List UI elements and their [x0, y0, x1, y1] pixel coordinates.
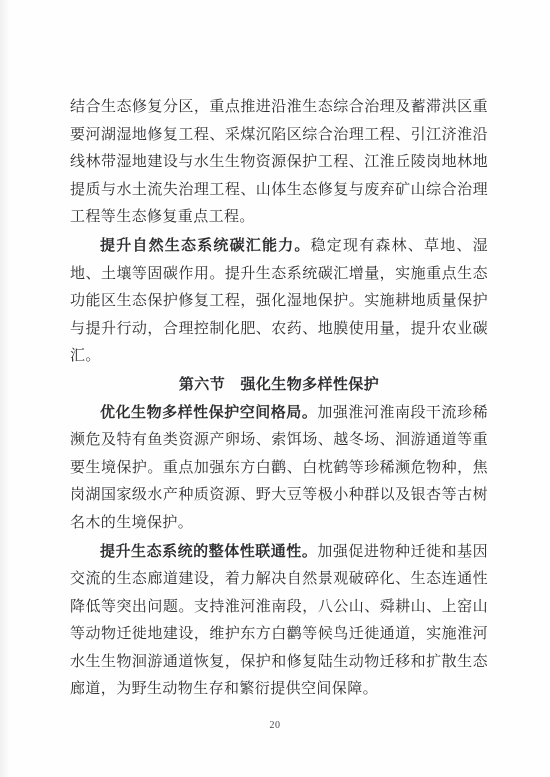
paragraph-lead: 提升生态系统的整体性联通性。 — [100, 543, 317, 560]
scan-edge-artifact — [0, 0, 10, 777]
paragraph-restoration-projects: 结合生态修复分区，重点推进沿淮生态综合治理及蓄滞洪区重要河湖湿地修复工程、采煤沉… — [70, 94, 488, 232]
paragraph-lead: 优化生物多样性保护空间格局。 — [100, 404, 317, 421]
paragraph-text: 加强促进物种迁徙和基因交流的生态廊道建设，着力解决自然景观破碎化、生态连通性降低… — [70, 544, 488, 698]
paragraph-text: 加强淮河淮南段干流珍稀濒危及特有鱼类资源产卵场、索饵场、越冬场、洄游通道等重要生… — [70, 405, 488, 531]
section-heading: 第六节 强化生物多样性保护 — [70, 371, 488, 399]
paragraph-ecosystem-connectivity: 提升生态系统的整体性联通性。加强促进物种迁徙和基因交流的生态廊道建设，着力解决自… — [70, 538, 488, 705]
page-number: 20 — [0, 720, 550, 731]
paragraph-biodiversity-layout: 优化生物多样性保护空间格局。加强淮河淮南段干流珍稀濒危及特有鱼类资源产卵场、索饵… — [70, 399, 488, 538]
paragraph-text: 结合生态修复分区，重点推进沿淮生态综合治理及蓄滞洪区重要河湖湿地修复工程、采煤沉… — [70, 99, 488, 225]
paragraph-text: 稳定现有森林、草地、湿地、土壤等固碳作用。提升生态系统碳汇增量，实施重点生态功能… — [70, 238, 488, 364]
document-body: 结合生态修复分区，重点推进沿淮生态综合治理及蓄滞洪区重要河湖湿地修复工程、采煤沉… — [70, 94, 488, 704]
paragraph-lead: 提升自然生态系统碳汇能力。 — [100, 237, 311, 254]
paragraph-carbon-sink: 提升自然生态系统碳汇能力。稳定现有森林、草地、湿地、土壤等固碳作用。提升生态系统… — [70, 232, 488, 371]
scanned-document-page: { "content": { "para_continuation": { "t… — [0, 0, 550, 777]
